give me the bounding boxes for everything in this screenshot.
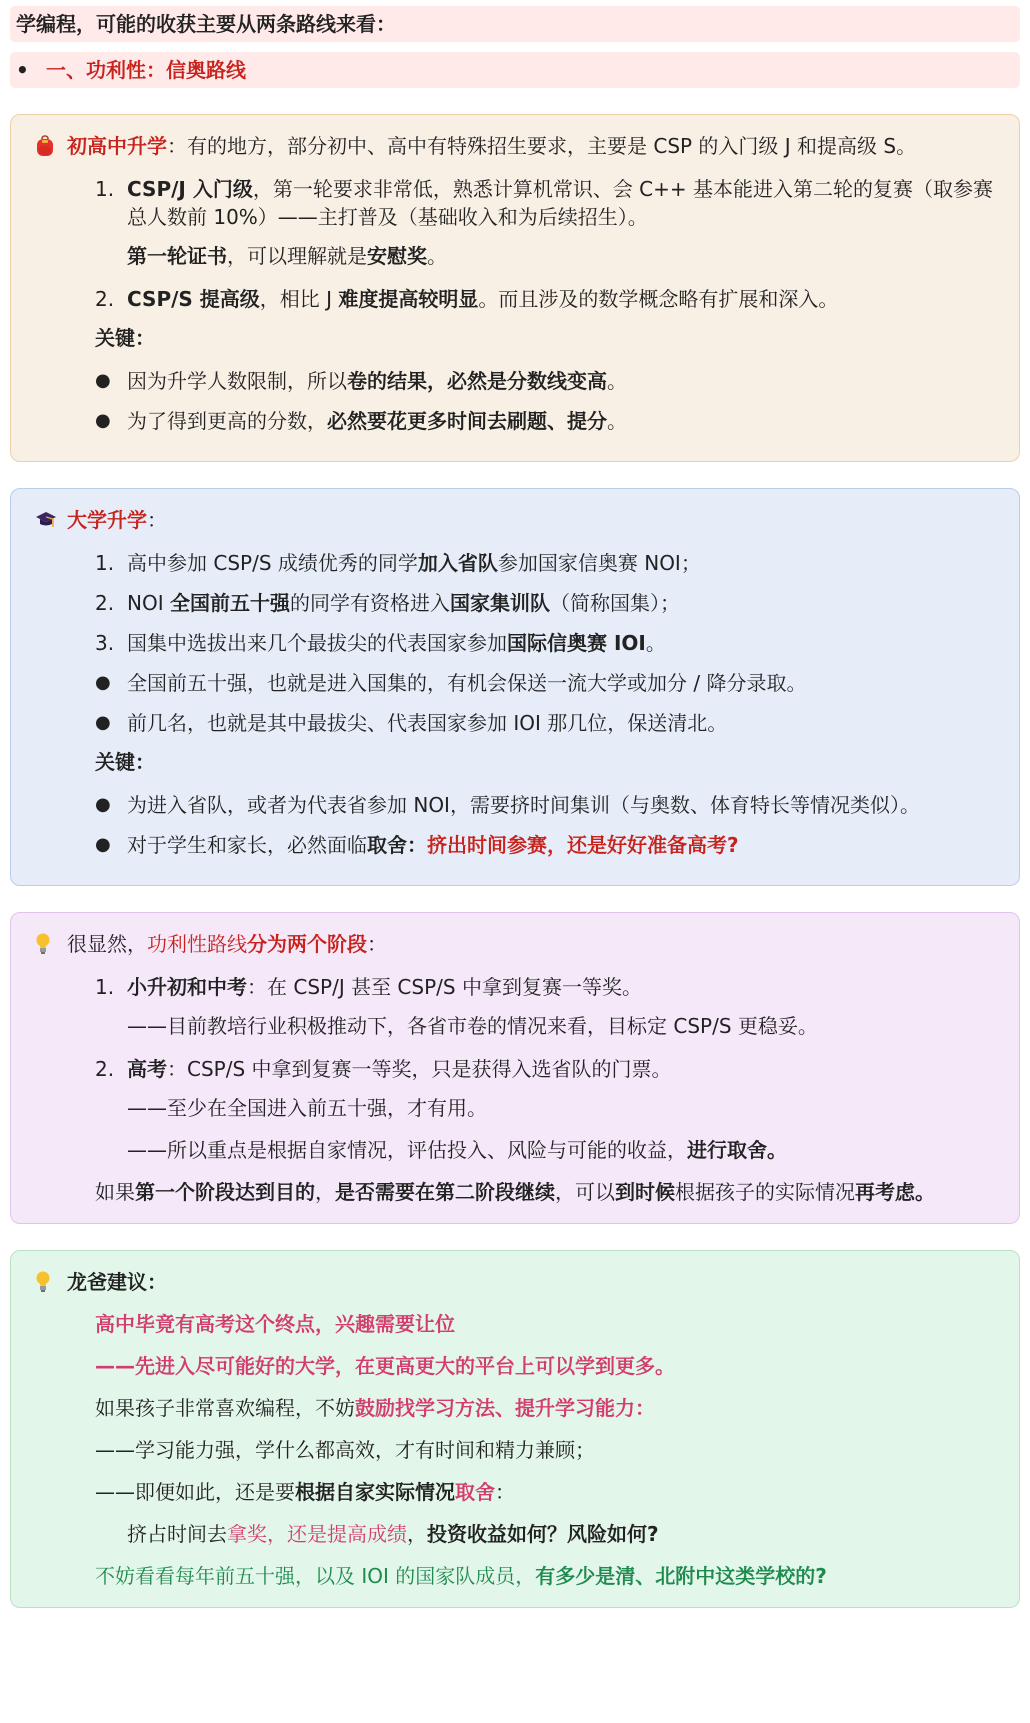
advice-line: 不妨看看每年前五十强，以及 IOI 的国家队成员，有多少是清、北附中这类学校的? [35, 1563, 995, 1589]
key-bold: 卷的结果，必然是分数线变高 [347, 369, 607, 393]
callout-university: 大学升学： 1. 高中参加 CSP/S 成绩优秀的同学加入省队参加国家信奥赛 N… [10, 488, 1020, 886]
advice-line: ——学习能力强，学什么都高效，才有时间和精力兼顾； [35, 1437, 995, 1463]
key-text: 为进入省队，或者为代表省参加 NOI，需要挤时间集训（与奥数、体育特长等情况类似… [127, 791, 920, 819]
conclusion-text: ，可以 [555, 1180, 615, 1204]
conclusion-bold: 再考虑。 [855, 1180, 935, 1204]
list-item: 3. 国集中选拔出来几个最拔尖的代表国家参加国际信奥赛 IOI。 [35, 629, 995, 657]
backpack-icon [35, 135, 67, 157]
stage-note: ——目前教培行业积极推动下，各省市卷的情况来看，目标定 CSP/S 更稳妥。 [35, 1013, 995, 1039]
lead-red: 功利性路线 [147, 932, 247, 956]
advice-text: 如果孩子非常喜欢编程，不妨 [95, 1396, 355, 1420]
callout-header: 很显然，功利性路线分为两个阶段： [35, 931, 995, 957]
advice-line: ——即便如此，还是要根据自家实际情况取舍： [35, 1479, 995, 1505]
item-bold: 国家集训队 [450, 591, 550, 615]
bullet-icon: ● [95, 367, 127, 395]
bullet-item: ● 全国前五十强，也就是进入国集的，有机会保送一流大学或加分 / 降分录取。 [35, 669, 995, 697]
item-bold: 难度提高较明显 [338, 287, 478, 311]
bullet-item: ● 前几名，也就是其中最拔尖、代表国家参加 IOI 那几位，保送清北。 [35, 709, 995, 737]
callout-advice: 龙爸建议： 高中毕竟有高考这个终点，兴趣需要让位 ——先进入尽可能好的大学，在更… [10, 1250, 1020, 1608]
bullet-text: 全国前五十强，也就是进入国集的，有机会保送一流大学或加分 / 降分录取。 [127, 669, 806, 697]
advice-text: 挤占时间去 [127, 1522, 227, 1546]
item-text: 的同学有资格进入 [290, 591, 450, 615]
conclusion-bold: 到时候 [615, 1180, 675, 1204]
item-text: 国集中选拔出来几个最拔尖的代表国家参加 [127, 631, 507, 655]
lead-text: 很显然， [67, 932, 147, 956]
conclusion-text: ， [315, 1180, 335, 1204]
item-bold: 国际信奥赛 IOI [507, 631, 646, 655]
item-bold: 全国前五十强 [170, 591, 290, 615]
advice-pink: 取舍 [455, 1480, 495, 1504]
key-point: ● 因为升学人数限制，所以卷的结果，必然是分数线变高。 [35, 367, 995, 395]
list-number: 2. [95, 1055, 127, 1083]
item-text: 高中参加 CSP/S 成绩优秀的同学 [127, 551, 418, 575]
callout-title: 龙爸建议： [67, 1269, 167, 1295]
list-item: 2. 高考：CSP/S 中拿到复赛一等奖，只是获得入选省队的门票。 [35, 1055, 995, 1083]
list-number: 3. [95, 629, 127, 657]
key-point: ● 为进入省队，或者为代表省参加 NOI，需要挤时间集训（与奥数、体育特长等情况… [35, 791, 995, 819]
list-item: 1. 小升初和中考：在 CSP/J 甚至 CSP/S 中拿到复赛一等奖。 [35, 973, 995, 1001]
item-text: 。而且涉及的数学概念略有扩展和深入。 [478, 287, 838, 311]
graduation-cap-icon [35, 510, 67, 530]
item-text: ，第一轮要求非常低，熟悉计算机常识、会 C++ 基本能进入第二轮的复赛（取参赛总… [127, 177, 993, 229]
advice-line: 挤占时间去拿奖，还是提高成绩，投资收益如何？风险如何? [35, 1521, 995, 1547]
item-text: ：在 CSP/J 甚至 CSP/S 中拿到复赛一等奖。 [247, 975, 642, 999]
bullet-icon: • [16, 56, 46, 84]
list-number: 2. [95, 285, 127, 313]
item-title: CSP/J 入门级 [127, 177, 253, 201]
callout-title-desc: ：有的地方，部分初中、高中有特殊招生要求，主要是 CSP 的入门级 J 和提高级… [167, 134, 916, 158]
cert-note-bold2: 安慰奖 [367, 244, 427, 268]
advice-green: 不妨看看每年前五十强，以及 IOI 的国家队成员， [95, 1564, 535, 1588]
item-text: 。 [646, 631, 666, 655]
conclusion-text: 根据孩子的实际情况 [675, 1180, 855, 1204]
item-text: ，相比 J [260, 287, 339, 311]
bullet-icon: ● [95, 831, 127, 859]
lead-redbold: 分为两个阶段 [247, 932, 367, 956]
cert-note: 第一轮证书，可以理解就是安慰奖。 [35, 243, 995, 269]
intro-heading: 学编程，可能的收获主要从两条路线来看： [10, 6, 1020, 42]
list-item: 1. CSP/J 入门级，第一轮要求非常低，熟悉计算机常识、会 C++ 基本能进… [35, 175, 995, 231]
key-bold: 必然要花更多时间去刷题、提分 [327, 409, 607, 433]
cert-note-text: ，可以理解就是 [227, 244, 367, 268]
callout-title: 大学升学 [67, 508, 147, 532]
list-number: 1. [95, 973, 127, 1001]
list-item: 1. 高中参加 CSP/S 成绩优秀的同学加入省队参加国家信奥赛 NOI； [35, 549, 995, 577]
lightbulb-icon [35, 1271, 67, 1293]
advice-line: 如果孩子非常喜欢编程，不妨鼓励找学习方法、提升学习能力： [35, 1395, 995, 1421]
key-bold: 取舍： [367, 833, 427, 857]
item-title: 高考 [127, 1057, 167, 1081]
item-text: NOI [127, 591, 170, 615]
key-point: ● 对于学生和家长，必然面临取舍：挤出时间参赛，还是好好准备高考? [35, 831, 995, 859]
advice-highlight-2: ——先进入尽可能好的大学，在更高更大的平台上可以学到更多。 [35, 1353, 995, 1379]
key-text: 对于学生和家长，必然面临 [127, 833, 367, 857]
key-label: 关键： [35, 749, 995, 775]
advice-end: ： [495, 1480, 515, 1504]
callout-header: 初高中升学：有的地方，部分初中、高中有特殊招生要求，主要是 CSP 的入门级 J… [35, 133, 995, 159]
callout-header: 大学升学： [35, 507, 995, 533]
key-point: ● 为了得到更高的分数，必然要花更多时间去刷题、提分。 [35, 407, 995, 435]
stage-note: ——至少在全国进入前五十强，才有用。 [35, 1095, 995, 1121]
item-bold: 加入省队 [418, 551, 498, 575]
list-number: 2. [95, 589, 127, 617]
cert-note-end: 。 [427, 244, 447, 268]
route1-title: 一、功利性：信奥路线 [46, 56, 246, 84]
item-text: ：CSP/S 中拿到复赛一等奖，只是获得入选省队的门票。 [167, 1057, 672, 1081]
advice-highlight-1: 高中毕竟有高考这个终点，兴趣需要让位 [35, 1311, 995, 1337]
callout-header: 龙爸建议： [35, 1269, 995, 1295]
callout-middle-school: 初高中升学：有的地方，部分初中、高中有特殊招生要求，主要是 CSP 的入门级 J… [10, 114, 1020, 462]
cert-note-bold: 第一轮证书 [127, 244, 227, 268]
stages-conclusion: 如果第一个阶段达到目的，是否需要在第二阶段继续，可以到时候根据孩子的实际情况再考… [35, 1179, 995, 1205]
advice-bold: 根据自家实际情况 [295, 1480, 455, 1504]
stage-note: ——所以重点是根据自家情况，评估投入、风险与可能的收益，进行取舍。 [35, 1137, 995, 1163]
conclusion-bold: 是否需要在第二阶段继续 [335, 1180, 555, 1204]
advice-pink: 鼓励找学习方法、提升学习能力： [355, 1396, 655, 1420]
conclusion-text: 如果 [95, 1180, 135, 1204]
list-number: 1. [95, 175, 127, 231]
list-item: 2. CSP/S 提高级，相比 J 难度提高较明显。而且涉及的数学概念略有扩展和… [35, 285, 995, 313]
bullet-icon: ● [95, 709, 127, 737]
item-text: 参加国家信奥赛 NOI； [498, 551, 701, 575]
advice-sep: ， [407, 1522, 427, 1546]
bullet-icon: ● [95, 669, 127, 697]
list-number: 1. [95, 549, 127, 577]
advice-text: ——即便如此，还是要 [95, 1480, 295, 1504]
lightbulb-icon [35, 933, 67, 955]
bullet-icon: ● [95, 407, 127, 435]
key-end: 。 [607, 409, 627, 433]
list-item: 2. NOI 全国前五十强的同学有资格进入国家集训队（简称国集）； [35, 589, 995, 617]
advice-pink: 拿奖，还是提高成绩 [227, 1522, 407, 1546]
conclusion-bold: 第一个阶段达到目的 [135, 1180, 315, 1204]
bullet-text: 前几名，也就是其中最拔尖、代表国家参加 IOI 那几位，保送清北。 [127, 709, 727, 737]
route1-heading: • 一、功利性：信奥路线 [10, 52, 1020, 88]
advice-bold: 投资收益如何？风险如何? [427, 1522, 659, 1546]
item-text: （简称国集）； [550, 591, 680, 615]
lead-end: ： [367, 932, 387, 956]
key-text: 为了得到更高的分数， [127, 409, 327, 433]
item-title: CSP/S 提高级 [127, 287, 260, 311]
note-text: ——所以重点是根据自家情况，评估投入、风险与可能的收益， [127, 1138, 687, 1162]
callout-title-suffix: ： [147, 508, 167, 532]
callout-two-stages: 很显然，功利性路线分为两个阶段： 1. 小升初和中考：在 CSP/J 甚至 CS… [10, 912, 1020, 1224]
advice-greenbold: 有多少是清、北附中这类学校的? [535, 1564, 827, 1588]
key-end: 。 [607, 369, 627, 393]
key-text: 因为升学人数限制，所以 [127, 369, 347, 393]
key-label: 关键： [35, 325, 995, 351]
note-bold: 进行取舍。 [687, 1138, 787, 1162]
bullet-icon: ● [95, 791, 127, 819]
callout-title: 初高中升学 [67, 134, 167, 158]
key-red: 挤出时间参赛，还是好好准备高考? [427, 833, 739, 857]
item-title: 小升初和中考 [127, 975, 247, 999]
intro-heading-text: 学编程，可能的收获主要从两条路线来看： [16, 12, 396, 36]
